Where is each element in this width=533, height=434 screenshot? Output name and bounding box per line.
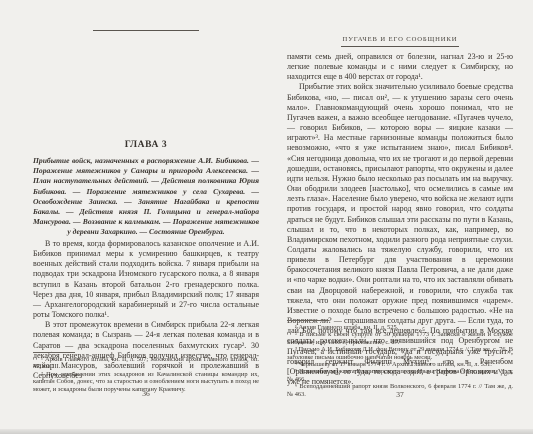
footnote: ¹ Архив Главного штаба, кн. II, л. 525. — [287, 324, 513, 331]
book-scan: { "left_page": { "chapter_heading": "ГЛА… — [0, 0, 533, 434]
running-head: ПУГАЧЕВ И ЕГО СООБЩНИКИ — [341, 36, 460, 47]
chapter-head-rule — [93, 30, 199, 31]
running-head-wrap: ПУГАЧЕВ И ЕГО СООБЩНИКИ — [287, 28, 513, 47]
scan-edge — [0, 429, 533, 434]
right-page-footnotes: ¹ Архив Главного штаба, кн. II, л. 525. … — [287, 320, 513, 398]
footnote-divider — [33, 352, 75, 353]
footnote-divider — [287, 320, 329, 321]
body-paragraph: памяти семь дней, оправился от болезни, … — [287, 52, 513, 82]
page-number-right: 37 — [287, 390, 513, 399]
left-page-footnotes: ¹ Архив Главного штаба, кн. II, л. 507; … — [33, 352, 259, 393]
footnote: ² В письме к своей супруге от 30 декабря… — [287, 331, 513, 346]
chapter-summary: Прибытие войск, назначенных в распоряжен… — [33, 156, 259, 238]
left-page: ГЛАВА 3 Прибытие войск, назначенных в ра… — [33, 0, 259, 434]
page-number-left: 36 — [33, 389, 259, 398]
right-page: ПУГАЧЕВ И ЕГО СООБЩНИКИ памяти семь дней… — [287, 0, 513, 434]
footnote: ⁵ Показание сержанта Владимирского полка… — [287, 368, 513, 383]
body-paragraph: В то время, когда формировалось казанско… — [33, 239, 259, 320]
footnote: ³ Письмо А.И. Бибикова Д.И. фон Визину о… — [287, 346, 513, 361]
footnote: ⁴ Чернышеву от 17 января 1774 г. // Архи… — [287, 361, 513, 368]
chapter-heading: ГЛАВА 3 — [33, 140, 259, 150]
footnote: ¹ Архив Главного штаба, кн. II, л. 507; … — [33, 356, 259, 371]
